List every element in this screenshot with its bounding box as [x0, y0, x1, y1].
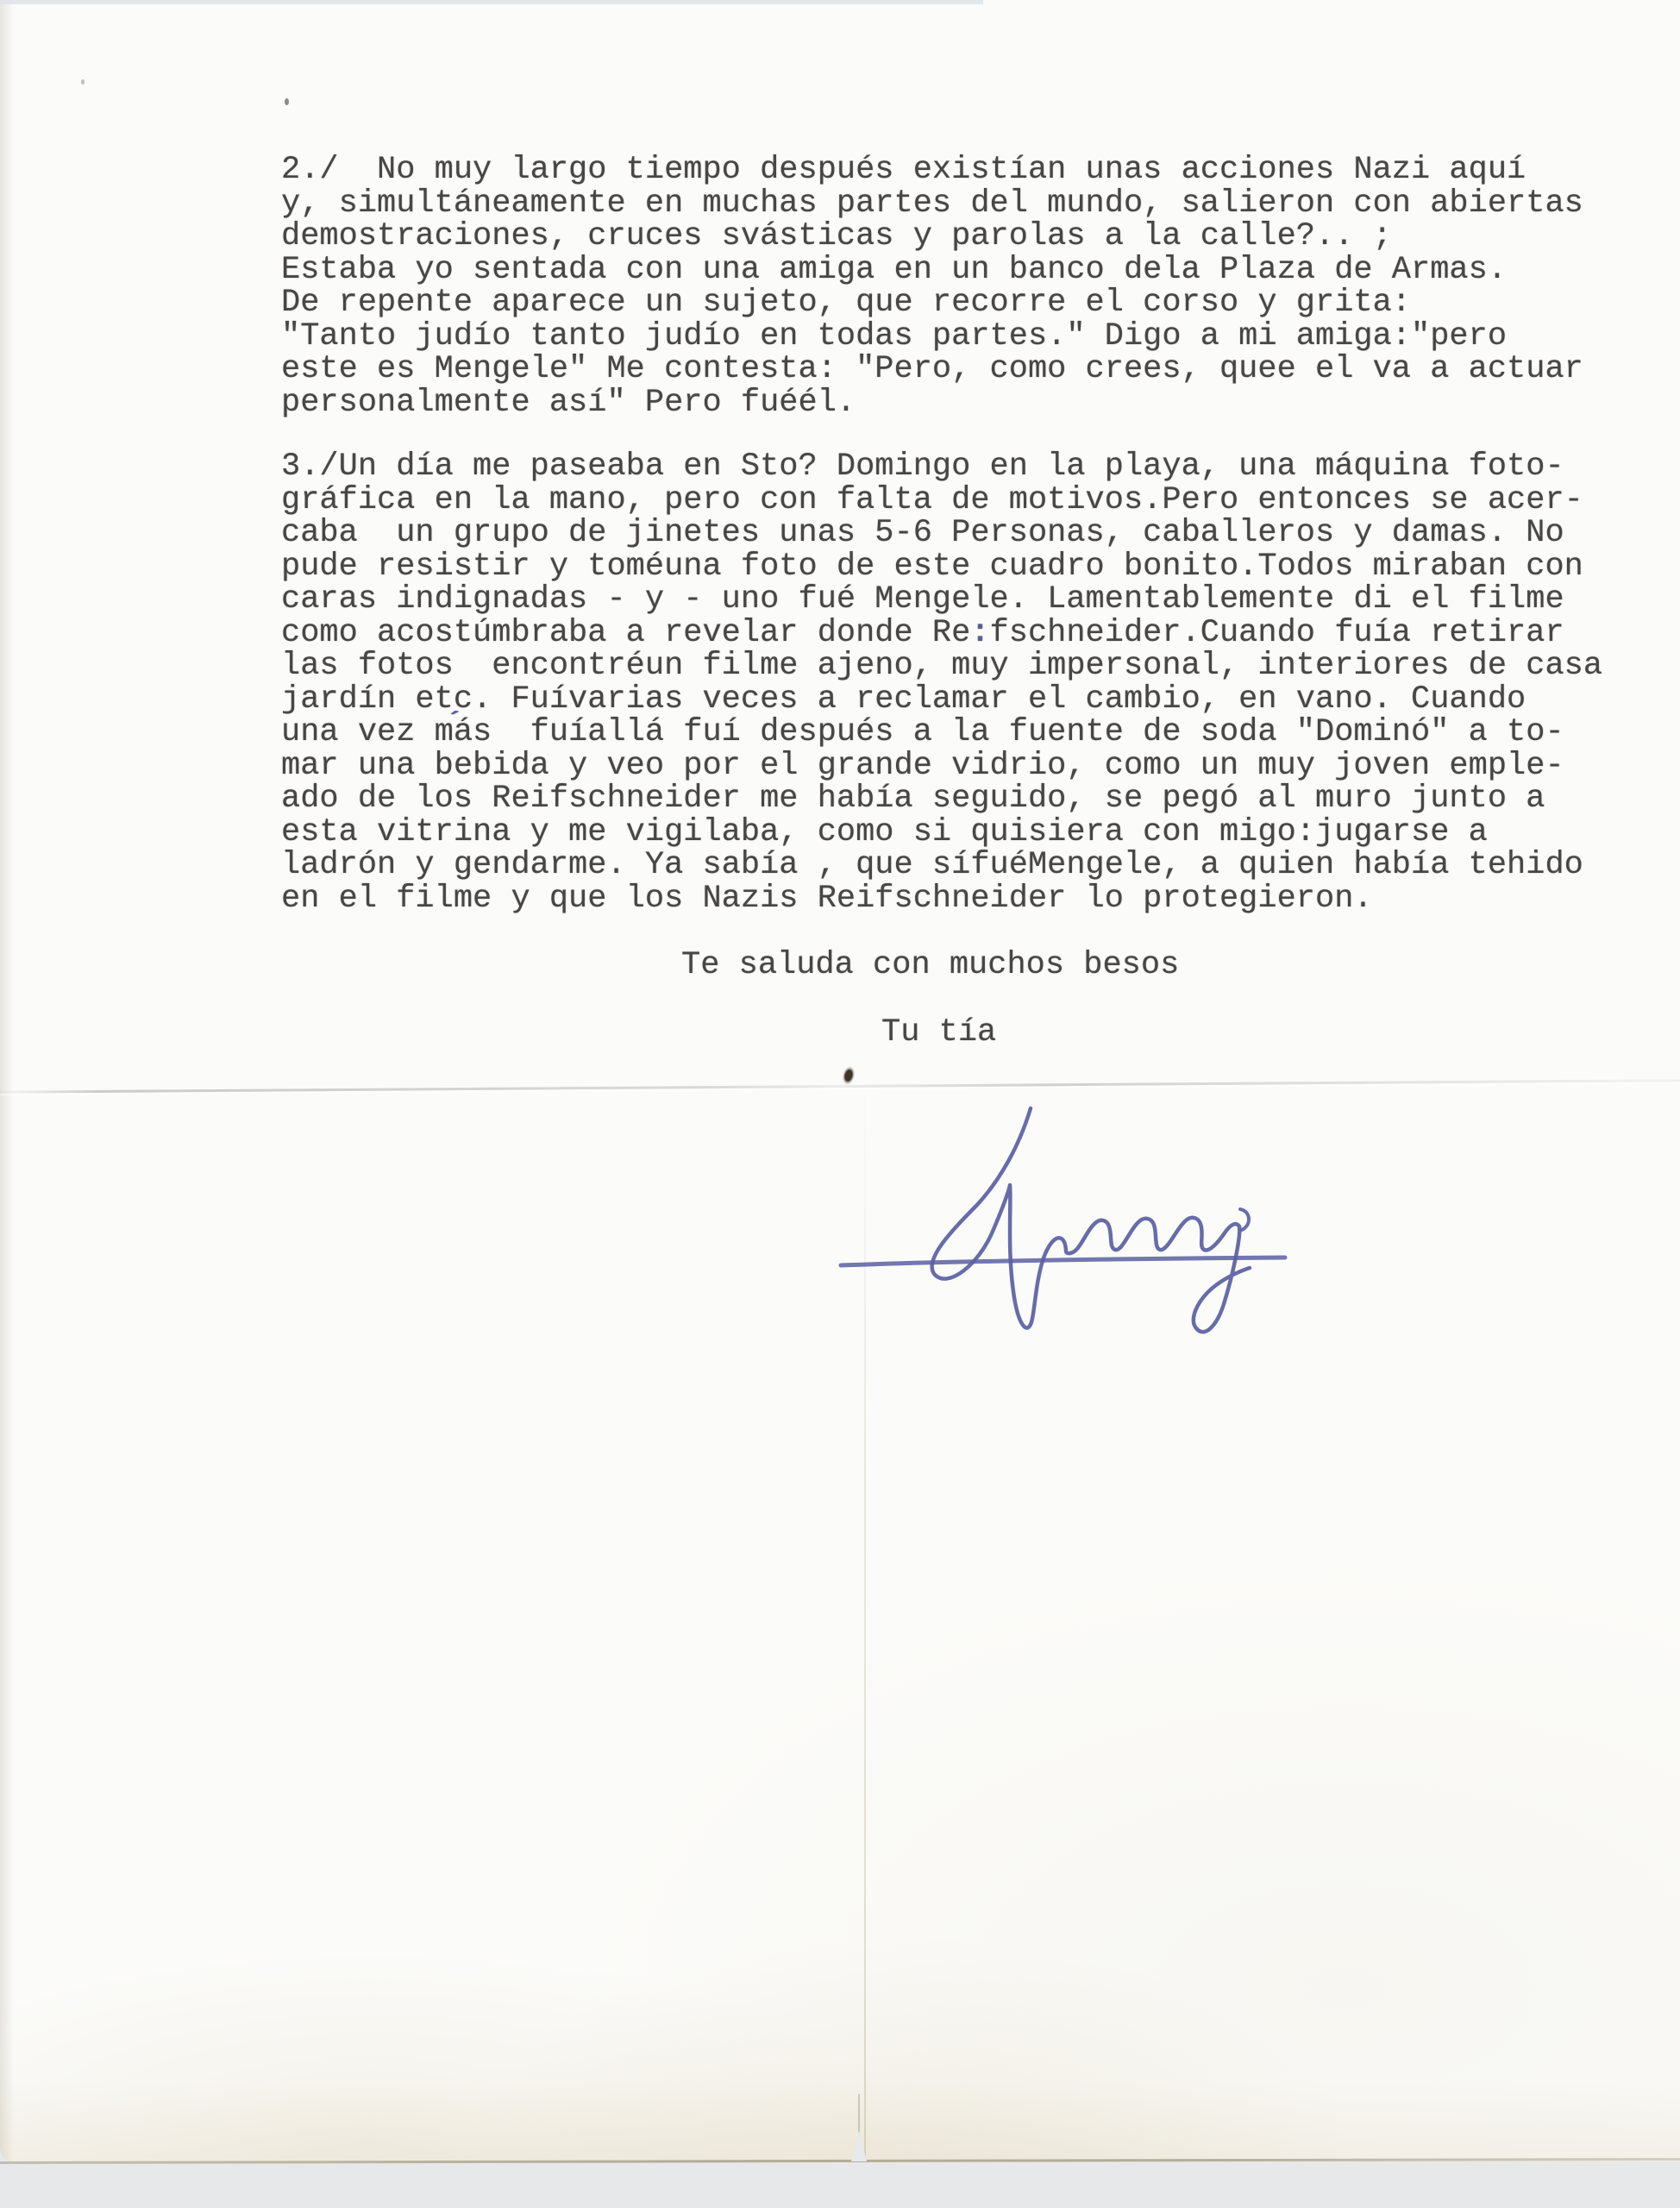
typed-line: una vez más fuíallá fuí después a la fue…: [281, 716, 1602, 750]
signature-flourish-mark: [1240, 1209, 1249, 1230]
scanner-edge-strip: [0, 0, 983, 4]
paragraph-2: 2./ No muy largo tiempo después existían…: [281, 154, 1583, 419]
typed-line: y, simultáneamente en muchas partes del …: [281, 187, 1583, 221]
typed-line: las fotos encontréun filme ajeno, muy im…: [281, 649, 1602, 683]
signature-underline: [841, 1258, 1285, 1265]
typed-line: personalmente así" Pero fuéél.: [281, 386, 1583, 420]
typed-line: De repente aparece un sujeto, que recorr…: [281, 286, 1583, 320]
signoff-line: Tu tía: [881, 1016, 996, 1049]
typed-line: pude resistir y toméuna foto de este cua…: [281, 550, 1602, 584]
typed-line: Estaba yo sentada con una amiga en un ba…: [281, 254, 1583, 287]
typed-line: demostraciones, cruces svásticas y parol…: [281, 220, 1583, 254]
typed-line: "Tanto judío tanto judío en todas partes…: [281, 320, 1583, 354]
typed-line: en el filme y que los Nazis Reifschneide…: [281, 882, 1602, 916]
typed-line: 2./ No muy largo tiempo después existían…: [281, 154, 1583, 187]
typed-line: 3./Un día me paseaba en Sto? Domingo en …: [281, 450, 1602, 484]
typed-line: este es Mengele" Me contesta: "Pero, com…: [281, 353, 1583, 386]
pen-inserted-colon: :: [970, 617, 989, 650]
typed-line: como acostúmbraba a revelar donde Re:fsc…: [281, 617, 1602, 650]
typed-line: caba un grupo de jinetes unas 5-6 Person…: [281, 517, 1602, 550]
closing-line: Te saluda con muchos besos: [681, 949, 1179, 982]
handwritten-signature-jenny: [802, 1061, 1320, 1354]
typed-line: mar una bebida y veo por el grande vidri…: [281, 750, 1602, 783]
typed-line: ado de los Reifschneider me había seguid…: [281, 782, 1602, 816]
signature-stroke: [932, 1108, 1250, 1332]
paper-speck: [81, 79, 85, 85]
paper-slit: [858, 2094, 860, 2134]
pen-accent-over-mas: ´: [442, 707, 464, 743]
typed-line: ladrón y gendarme. Ya sabía , que sífuéM…: [281, 849, 1602, 882]
typed-line: esta vitrina y me vigilaba, como si quis…: [281, 816, 1602, 850]
signature-svg: [802, 1061, 1320, 1354]
paper-speck: [285, 98, 289, 105]
paragraph-3: 3./Un día me paseaba en Sto? Domingo en …: [281, 450, 1602, 915]
scanned-letter-page: 2./ No muy largo tiempo después existían…: [0, 0, 1680, 2208]
typed-line: caras indignadas - y - uno fué Mengele. …: [281, 583, 1602, 617]
typed-line: gráfica en la mano, pero con falta de mo…: [281, 484, 1602, 517]
typed-line: jardín etc. Fuívarias veces a reclamar e…: [281, 683, 1602, 717]
paper-edge-notch: [851, 2130, 867, 2161]
